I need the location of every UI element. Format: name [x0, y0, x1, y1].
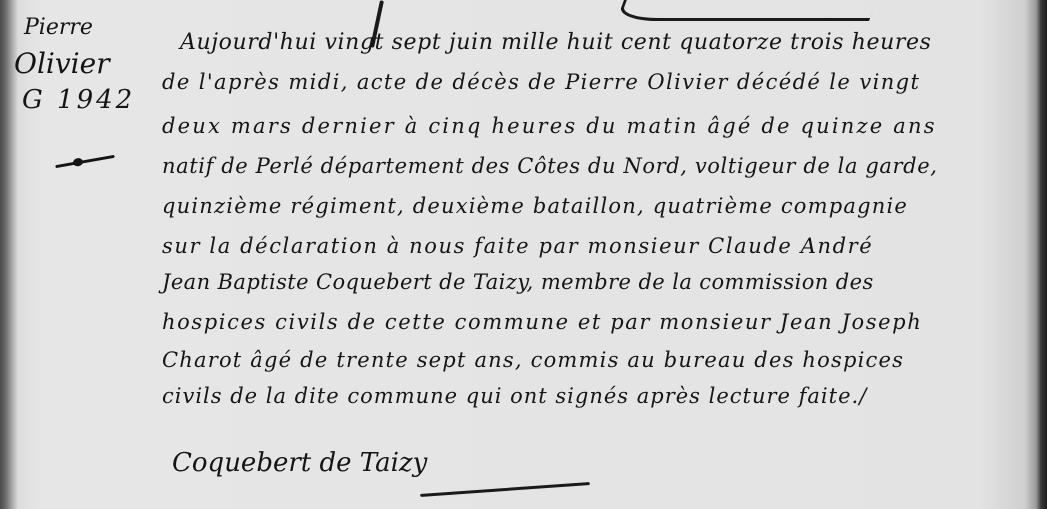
margin-reference: G 1942	[14, 82, 164, 118]
record-line-6: sur la déclaration à nous faite par mons…	[162, 234, 873, 258]
record-line-8: hospices civils de cette commune et par …	[162, 310, 922, 334]
record-line-7: Jean Baptiste Coquebert de Taizy, membre…	[162, 270, 874, 294]
record-line-1: Aujourd'hui vingt sept juin mille huit c…	[180, 30, 932, 55]
margin-first-name: Pierre	[14, 10, 164, 46]
decorative-flourish	[616, 0, 877, 21]
signature-underline	[420, 482, 590, 497]
signature: Coquebert de Taizy	[172, 448, 427, 478]
record-line-2: de l'après midi, acte de décès de Pierre…	[162, 70, 920, 94]
margin-dash-mark	[55, 155, 115, 168]
margin-annotation: Pierre Olivier G 1942	[14, 10, 164, 118]
document-page: Pierre Olivier G 1942 Aujourd'hui vingt …	[0, 0, 1047, 509]
margin-surname: Olivier	[14, 46, 164, 82]
record-line-10: civils de la dite commune qui ont signés…	[162, 384, 867, 408]
record-line-4: natif de Perlé département des Côtes du …	[162, 154, 938, 178]
record-line-5: quinzième régiment, deuxième bataillon, …	[162, 194, 908, 218]
record-line-9: Charot âgé de trente sept ans, commis au…	[162, 348, 904, 372]
record-line-3: deux mars dernier à cinq heures du matin…	[162, 114, 937, 138]
